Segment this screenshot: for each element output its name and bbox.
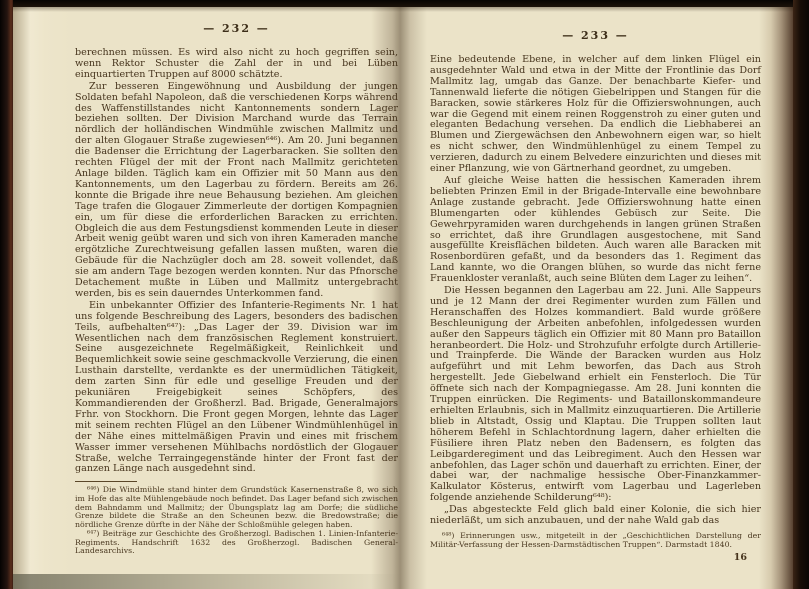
page-232: — 232 — berechnen müssen. Es wird also n… [75, 22, 398, 556]
page-233: — 233 — Eine bedeutende Ebene, in welche… [430, 29, 761, 563]
book-scan: — 232 — berechnen müssen. Es wird also n… [0, 0, 809, 589]
top-shade [13, 7, 793, 12]
paragraph: berechnen müssen. Es wird also nicht zu … [75, 48, 398, 81]
page-233-footnotes: ⁶⁴⁸) Erinnerungen usw., mitgeteilt in de… [430, 532, 761, 549]
footnote: ⁶⁴⁷) Beiträge zur Geschichte des Großher… [75, 530, 398, 556]
paragraph: „Das abgesteckte Feld glich bald einer K… [430, 505, 761, 527]
scan-frame-top [0, 0, 809, 7]
book-spread: — 232 — berechnen müssen. Es wird also n… [13, 7, 793, 589]
page-edge-right [759, 7, 793, 589]
page-232-body: berechnen müssen. Es wird also nicht zu … [75, 48, 398, 475]
page-number-header-left: — 232 — [75, 22, 398, 35]
footnote: ⁶⁴⁶) Die Windmühle stand hinter dem Grun… [75, 486, 398, 530]
paragraph: Die Hessen begannen den Lagerbau am 22. … [430, 286, 761, 504]
footnote-separator [75, 481, 137, 482]
sheet-signature: 16 [430, 552, 761, 563]
bottom-shadow [13, 574, 403, 589]
paragraph: Zur besseren Eingewöhnung und Ausbildung… [75, 82, 398, 300]
page-233-body: Eine bedeutende Ebene, in welcher auf de… [430, 55, 761, 527]
scan-frame-right [793, 0, 809, 589]
page-number-header-right: — 233 — [430, 29, 761, 42]
paragraph: Auf gleiche Weise hatten die hessischen … [430, 176, 761, 285]
footnote: ⁶⁴⁸) Erinnerungen usw., mitgeteilt in de… [430, 532, 761, 549]
page-edge-left [13, 7, 71, 589]
scan-frame-left [0, 0, 13, 589]
paragraph: Eine bedeutende Ebene, in welcher auf de… [430, 55, 761, 175]
paragraph: Ein unbekannter Offizier des Infanterie-… [75, 301, 398, 476]
page-232-footnotes: ⁶⁴⁶) Die Windmühle stand hinter dem Grun… [75, 486, 398, 556]
